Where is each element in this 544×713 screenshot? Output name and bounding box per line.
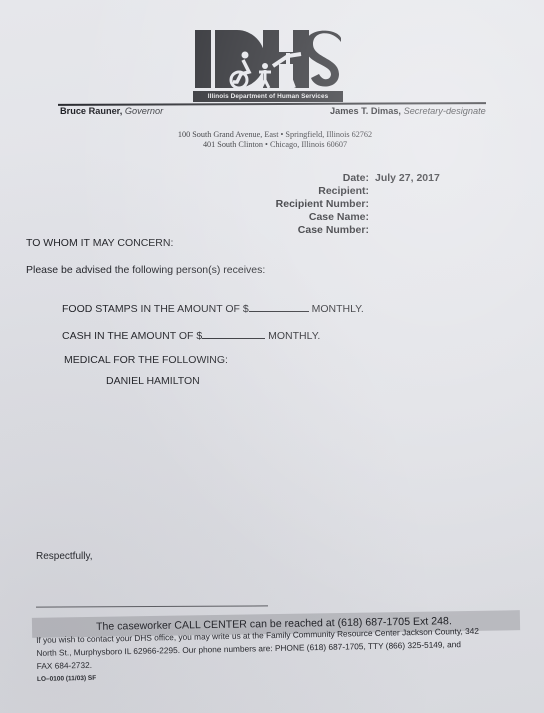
field-case-name: Case Name: xyxy=(240,211,470,224)
address-line-1: 100 South Grand Avenue, East • Springfie… xyxy=(150,130,400,140)
field-case-number: Case Number: xyxy=(240,224,470,237)
secretary-name: James T. Dimas, xyxy=(330,106,401,116)
field-value: July 27, 2017 xyxy=(369,172,440,185)
field-label: Case Name: xyxy=(240,211,369,224)
governor-name: Bruce Rauner, xyxy=(60,106,122,116)
food-stamps-label: FOOD STAMPS IN THE AMOUNT OF $ xyxy=(62,303,249,315)
signature-line xyxy=(36,605,268,607)
intro-text: Please be advised the following person(s… xyxy=(26,264,265,276)
field-label: Recipient: xyxy=(240,185,369,198)
field-value xyxy=(369,211,375,224)
food-stamps-suffix: MONTHLY. xyxy=(312,303,364,315)
field-recipient-number: Recipient Number: xyxy=(240,198,470,211)
field-value xyxy=(369,198,375,211)
field-label: Date: xyxy=(240,172,369,185)
logo-caption: Illinois Department of Human Services xyxy=(193,91,343,102)
closing: Respectfully, xyxy=(36,551,93,562)
case-fields: Date: July 27, 2017 Recipient: Recipient… xyxy=(240,172,470,237)
cash-label: CASH IN THE AMOUNT OF $ xyxy=(62,330,202,342)
food-stamps-amount xyxy=(249,301,309,312)
cash-suffix: MONTHLY. xyxy=(268,330,320,342)
field-label: Recipient Number: xyxy=(240,198,369,211)
letter-page: Illinois Department of Human Services Br… xyxy=(0,0,544,713)
secretary-title: Secretary-designate xyxy=(404,106,486,116)
field-value xyxy=(369,185,375,198)
cash-line: CASH IN THE AMOUNT OF $ MONTHLY. xyxy=(62,328,320,342)
cash-amount xyxy=(202,328,265,339)
governor-line: Bruce Rauner, Governor xyxy=(60,106,163,116)
field-value xyxy=(369,224,375,237)
governor-title: Governor xyxy=(125,106,163,116)
medical-person: DANIEL HAMILTON xyxy=(106,375,200,387)
field-label: Case Number: xyxy=(240,224,369,237)
secretary-line: James T. Dimas, Secretary-designate xyxy=(330,106,486,116)
medical-heading: MEDICAL FOR THE FOLLOWING: xyxy=(64,354,228,366)
contact-info: If you wish to contact your DHS office, … xyxy=(36,624,527,686)
field-recipient: Recipient: xyxy=(240,185,470,198)
salutation: TO WHOM IT MAY CONCERN: xyxy=(26,237,173,249)
food-stamps-line: FOOD STAMPS IN THE AMOUNT OF $ MONTHLY. xyxy=(62,301,364,315)
agency-address: 100 South Grand Avenue, East • Springfie… xyxy=(150,130,400,150)
field-date: Date: July 27, 2017 xyxy=(240,172,470,185)
address-line-2: 401 South Clinton • Chicago, Illinois 60… xyxy=(150,140,400,150)
